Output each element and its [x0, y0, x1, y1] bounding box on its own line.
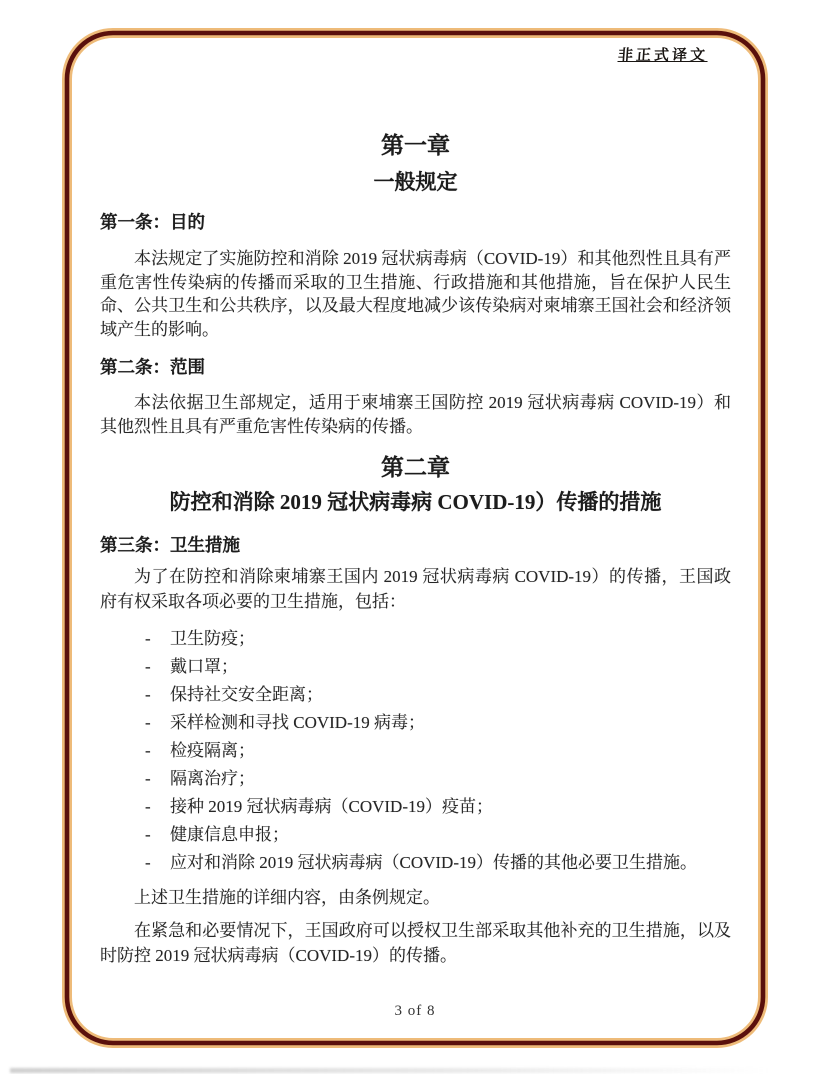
- article3-supplement-paragraph: 在紧急和必要情况下，王国政府可以授权卫生部采取其他补充的卫生措施，以及时防控 2…: [100, 919, 731, 968]
- scan-artifact: [10, 1068, 770, 1073]
- list-item: - 采样检测和寻找 COVID-19 病毒；: [100, 709, 731, 737]
- dash-bullet: -: [145, 653, 151, 681]
- list-item-text: 戴口罩；: [170, 657, 238, 676]
- list-item-text: 隔离治疗；: [170, 769, 255, 788]
- dash-bullet: -: [145, 625, 151, 653]
- list-item: - 戴口罩；: [100, 653, 731, 681]
- list-item-text: 采样检测和寻找 COVID-19 病毒；: [170, 713, 425, 732]
- chapter2-title: 防控和消除 2019 冠状病毒病 COVID-19）传播的措施: [100, 487, 731, 517]
- dash-bullet: -: [145, 821, 151, 849]
- dash-bullet: -: [145, 681, 151, 709]
- dash-bullet: -: [145, 737, 151, 765]
- article2-heading: 第二条：范围: [100, 354, 731, 380]
- list-item-text: 保持社交安全距离；: [170, 685, 323, 704]
- dash-bullet: -: [145, 849, 151, 877]
- document-page: 非正式译文 第一章 一般规定 第一条：目的 本法规定了实施防控和消除 2019 …: [0, 0, 830, 1074]
- article2-paragraph: 本法依据卫生部规定，适用于柬埔寨王国防控 2019 冠状病毒病 COVID-19…: [100, 391, 731, 439]
- health-measures-list: - 卫生防疫； - 戴口罩； - 保持社交安全距离； - 采样检测和寻找 COV…: [100, 625, 731, 877]
- chapter1-title: 一般规定: [100, 167, 731, 197]
- page-number: 3 of 8: [0, 1003, 830, 1020]
- article3-note-paragraph: 上述卫生措施的详细内容，由条例规定。: [100, 886, 731, 910]
- list-item-text: 检疫隔离；: [170, 741, 255, 760]
- list-item: - 隔离治疗；: [100, 765, 731, 793]
- dash-bullet: -: [145, 709, 151, 737]
- chapter2-number: 第二章: [100, 453, 731, 483]
- list-item: - 健康信息申报；: [100, 821, 731, 849]
- dash-bullet: -: [145, 793, 151, 821]
- list-item: - 应对和消除 2019 冠状病毒病（COVID-19）传播的其他必要卫生措施。: [100, 849, 731, 877]
- list-item-text: 接种 2019 冠状病毒病（COVID-19）疫苗；: [170, 797, 493, 816]
- list-item: - 保持社交安全距离；: [100, 681, 731, 709]
- document-body: 第一章 一般规定 第一条：目的 本法规定了实施防控和消除 2019 冠状病毒病（…: [100, 0, 731, 968]
- list-item-text: 健康信息申报；: [170, 825, 289, 844]
- list-item: - 接种 2019 冠状病毒病（COVID-19）疫苗；: [100, 793, 731, 821]
- list-item: - 卫生防疫；: [100, 625, 731, 653]
- article3-heading: 第三条：卫生措施: [100, 532, 731, 558]
- article1-paragraph: 本法规定了实施防控和消除 2019 冠状病毒病（COVID-19）和其他烈性且具…: [100, 247, 731, 341]
- article3-intro-paragraph: 为了在防控和消除柬埔寨王国内 2019 冠状病毒病 COVID-19）的传播，王…: [100, 565, 731, 614]
- article1-heading: 第一条：目的: [100, 209, 731, 235]
- chapter1-number: 第一章: [100, 131, 731, 161]
- list-item: - 检疫隔离；: [100, 737, 731, 765]
- list-item-text: 应对和消除 2019 冠状病毒病（COVID-19）传播的其他必要卫生措施。: [170, 853, 697, 872]
- list-item-text: 卫生防疫；: [170, 629, 255, 648]
- dash-bullet: -: [145, 765, 151, 793]
